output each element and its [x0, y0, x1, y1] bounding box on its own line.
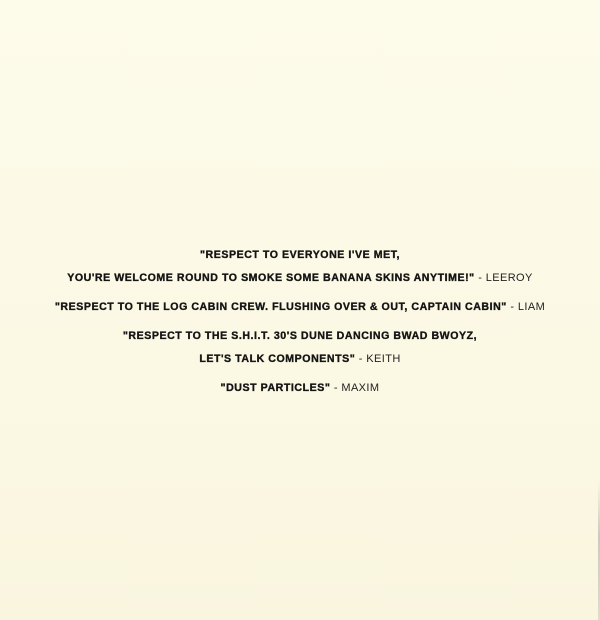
quote-text: "RESPECT TO THE S.H.I.T. 30'S DUNE DANCI…	[123, 330, 477, 342]
quote-text: YOU'RE WELCOME ROUND TO SMOKE SOME BANAN…	[67, 272, 475, 284]
quote-attribution: - LEEROY	[475, 272, 533, 284]
quote-liam: "RESPECT TO THE LOG CABIN CREW. FLUSHING…	[0, 294, 600, 317]
quotes-block: "RESPECT TO EVERYONE I'VE MET, YOU'RE WE…	[0, 242, 600, 398]
quote-attribution: - MAXIM	[330, 382, 379, 394]
quote-keith: "RESPECT TO THE S.H.I.T. 30'S DUNE DANCI…	[0, 323, 600, 369]
booklet-page: "RESPECT TO EVERYONE I'VE MET, YOU'RE WE…	[0, 0, 600, 620]
quote-attribution: - KEITH	[355, 353, 400, 365]
quote-attribution: - LIAM	[507, 301, 545, 313]
quote-text: LET'S TALK COMPONENTS"	[199, 353, 355, 365]
quote-text: "RESPECT TO THE LOG CABIN CREW. FLUSHING…	[55, 301, 507, 313]
quote-text: "DUST PARTICLES"	[221, 382, 331, 394]
quote-leeroy: "RESPECT TO EVERYONE I'VE MET, YOU'RE WE…	[0, 242, 600, 288]
quote-text: "RESPECT TO EVERYONE I'VE MET,	[200, 249, 400, 261]
quote-maxim: "DUST PARTICLES" - MAXIM	[0, 375, 600, 398]
